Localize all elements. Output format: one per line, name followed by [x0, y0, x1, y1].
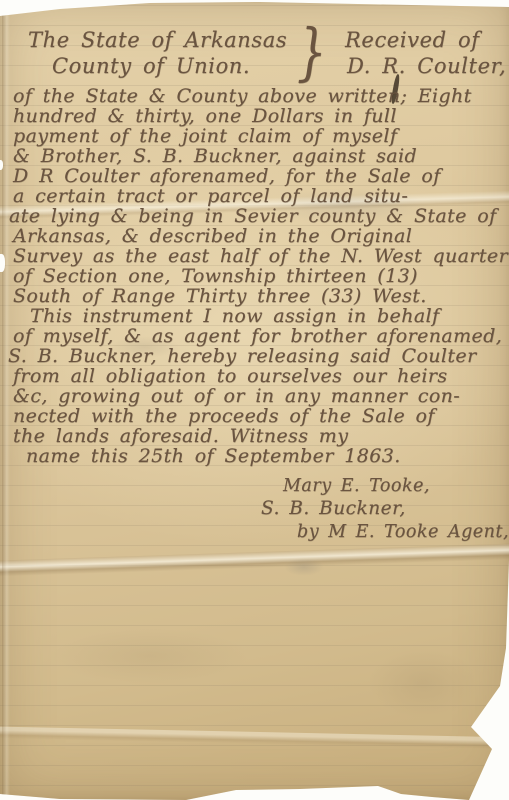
- paper-edge-nick: [0, 254, 5, 272]
- heading-county-line: County of Union.: [52, 56, 250, 76]
- manuscript-line: This instrument I now assign in behalf: [30, 306, 439, 326]
- manuscript-line: from all obligation to ourselves our hei…: [13, 366, 448, 386]
- manuscript-line: South of Range Thirty three (33) West.: [13, 286, 427, 306]
- manuscript-line: &c, growing out of or in any manner con-: [13, 386, 460, 406]
- manuscript-line: of the State & County above written; Eig…: [13, 86, 472, 106]
- heading-state-line: The State of Arkansas: [28, 30, 287, 50]
- manuscript-line: Survey as the east half of the N. West q…: [13, 246, 508, 266]
- manuscript-line: D R Coulter aforenamed, for the Sale of: [13, 166, 441, 186]
- manuscript-line: & Brother, S. B. Buckner, against said: [13, 146, 417, 166]
- manuscript-line: ate lying & being in Sevier county & Sta…: [9, 206, 497, 226]
- manuscript-line: name this 25th of September 1863.: [26, 446, 401, 466]
- payer-name-line: D. R. Coulter,: [347, 56, 506, 76]
- signature-line: by M E. Tooke Agent,: [297, 522, 509, 542]
- manuscript-line: the lands aforesaid. Witness my: [13, 426, 348, 446]
- manuscript-line: S. B. Buckner, hereby releasing said Cou…: [8, 346, 477, 366]
- manuscript-line: payment of the joint claim of myself: [13, 126, 397, 146]
- manuscript-line: of Section one, Township thirteen (13): [13, 266, 418, 286]
- manuscript-line: Arkansas, & described in the Original: [13, 226, 412, 246]
- signature-line: Mary E. Tooke,: [283, 476, 430, 496]
- paper-sheet: The State of Arkansas County of Union. }…: [0, 0, 509, 800]
- manuscript-line: hundred & thirty, one Dollars in full: [13, 106, 397, 126]
- manuscript-line: of myself, & as agent for brother aforen…: [13, 326, 502, 346]
- signature-line: S. B. Buckner,: [261, 499, 406, 519]
- manuscript-line: a certain tract or parcel of land situ-: [13, 186, 408, 206]
- manuscript-line: nected with the proceeds of the Sale of: [13, 406, 435, 426]
- brace-mark: }: [297, 22, 327, 82]
- scanned-document: The State of Arkansas County of Union. }…: [0, 0, 509, 800]
- received-of-line: Received of: [345, 30, 480, 50]
